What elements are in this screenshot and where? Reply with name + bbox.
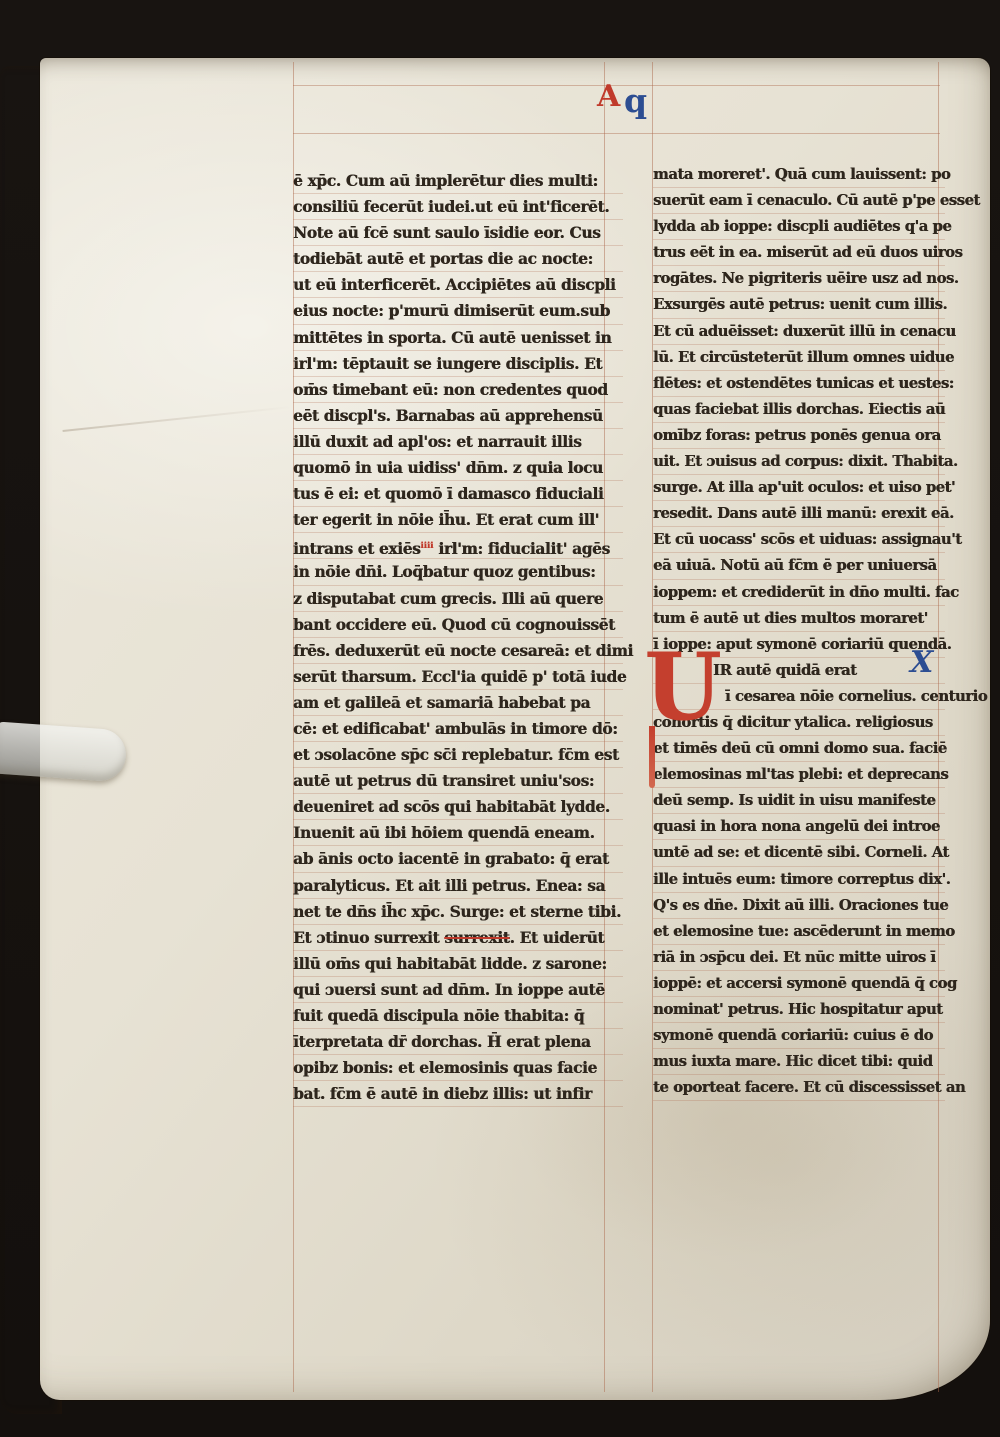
text-column-left: ē xp̄c. Cum aū implerētur dies multi:con…: [293, 168, 623, 1107]
manuscript-text-line: cē: et edificabat' ambulās in timore dō:: [293, 716, 623, 742]
manuscript-text-line: autē ut petrus dū transiret uniu'sos:: [293, 768, 623, 794]
manuscript-text-line: ille intuēs eum: timore correptus dix'.: [653, 867, 945, 893]
manuscript-text-line: Exsurgēs autē petrus: uenit cum illis.: [653, 292, 945, 318]
manuscript-text-line: om̄s timebant eū: non credentes quod: [293, 377, 623, 403]
manuscript-text-line: serūt tharsum. Eccl'ia quidē p' totā iud…: [293, 664, 623, 690]
manuscript-text-line: rogātes. Ne pigriteris uēire usz ad nos.: [653, 266, 945, 292]
manuscript-text-line: lydda ab ioppe: discpli audiētes q'a pe: [653, 214, 945, 240]
manuscript-text-line: omībz foras: petrus ponēs genua ora: [653, 423, 945, 449]
manuscript-text-line: consiliū fecerūt iudei.ut eū int'ficerēt…: [293, 194, 623, 220]
manuscript-text-line: ut eū interficerēt. Accipiētes aū discpl…: [293, 272, 623, 298]
manuscript-text-line: ioppē: et accersi symonē quendā q̄ cog: [653, 971, 945, 997]
text-column-right: mata moreret'. Quā cum lauissent: posuer…: [653, 162, 945, 1101]
manuscript-text-line: deū semp. Is uidit in uisu manifeste: [653, 788, 945, 814]
manuscript-text-line: Et ɔtinuo surrexit surrexit. Et uiderūt: [293, 925, 623, 951]
manuscript-text-line: eēt discpl's. Barnabas aū apprehensū: [293, 403, 623, 429]
manuscript-text-line: fuit quedā discipula nōie thabita: q̄: [293, 1003, 623, 1029]
ruling-horizontal-line: [293, 133, 940, 134]
manuscript-text-line: resedit. Dans autē illi manū: erexit eā.: [653, 501, 945, 527]
manuscript-text-line: Et cū aduēisset: duxerūt illū in cenacu: [653, 319, 945, 345]
manuscript-text-line: ioppem: et crediderūt in dn̄o multi. fac: [653, 580, 945, 606]
manuscript-text-line: ab ānis octo iacentē in grabato: q̄ erat: [293, 846, 623, 872]
manuscript-text-line: todiebāt autē et portas die ac nocte:: [293, 246, 623, 272]
manuscript-text-line: z disputabat cum grecis. Illi aū quere: [293, 586, 623, 612]
manuscript-text-line: eius nocte: p'murū dimiserūt eum.sub: [293, 298, 623, 324]
manuscript-text-line: deueniret ad scōs qui habitabāt lydde.: [293, 794, 623, 820]
manuscript-text-line: te oporteat facere. Et cū discessisset a…: [653, 1075, 945, 1101]
manuscript-text-line: net te dn̄s ih̄c xp̄c. Surge: et sterne …: [293, 899, 623, 925]
rubricated-text: iiii: [420, 541, 433, 551]
manuscript-text-line: Note aū fcē sunt saulo īsidie eor. Cus: [293, 220, 623, 246]
manuscript-text-line: surge. At illa ap'uit oculos: et uiso pe…: [653, 475, 945, 501]
manuscript-text-line: mata moreret'. Quā cum lauissent: po: [653, 162, 945, 188]
manuscript-text-line: flētes: et ostendētes tunicas et uestes:: [653, 371, 945, 397]
manuscript-text-line: trus eēt in ea. miserūt ad eū duos uiros: [653, 240, 945, 266]
manuscript-text-line: illū duxit ad apl'os: et narrauit illis: [293, 429, 623, 455]
manuscript-text-line: tum ē autē ut dies multos moraret': [653, 606, 945, 632]
manuscript-text-line: in nōie dn̄i. Loq̄batur quoz gentibus:: [293, 559, 623, 585]
manuscript-text-line: untē ad se: et dicentē sibi. Corneli. At: [653, 840, 945, 866]
manuscript-text-line: Et cū uocass' scōs et uiduas: assignau't: [653, 527, 945, 553]
manuscript-text-line: nominat' petrus. Hic hospitatur aput: [653, 997, 945, 1023]
manuscript-text-line: riā in ɔsp̄cu dei. Et nūc mitte uiros ī: [653, 945, 945, 971]
manuscript-text-line: quomō in uia uidiss' dn̄m. z quia locu: [293, 455, 623, 481]
running-header-letter-q: q: [624, 84, 647, 117]
manuscript-text-line: uit. Et ɔuisus ad corpus: dixit. Thabita…: [653, 449, 945, 475]
chapter-initial-u: U: [644, 645, 711, 734]
manuscript-text-line: illū om̄s qui habitabāt lidde. z sarone:: [293, 951, 623, 977]
chapter-numeral-x: X: [910, 648, 933, 678]
manuscript-text-line: quasi in hora nona angelū dei introe: [653, 814, 945, 840]
manuscript-text-line: bat. fc̄m ē autē in diebz illis: ut infi…: [293, 1081, 623, 1107]
manuscript-text-line: īterpretata dr̄ dorchas. H̄ erat plena: [293, 1029, 623, 1055]
manuscript-text-line: Inuenit aū ibi hōiem quendā eneam.: [293, 820, 623, 846]
manuscript-text-line: et elemosine tue: ascēderunt in memo: [653, 919, 945, 945]
manuscript-text-line: paralyticus. Et ait illi petrus. Enea: s…: [293, 873, 623, 899]
manuscript-text-line: tus ē ei: et quomō ī damasco fiduciali: [293, 481, 623, 507]
manuscript-text-line: mittētes in sporta. Cū autē uenisset in: [293, 325, 623, 351]
red-strikethrough-word: surrexit: [444, 929, 509, 947]
manuscript-text-line: ē xp̄c. Cum aū implerētur dies multi:: [293, 168, 623, 194]
manuscript-text-line: lū. Et circūsteterūt illum omnes uidue: [653, 345, 945, 371]
manuscript-text-line: eā uiuā. Notū aū fc̄m ē per uniuersā: [653, 553, 945, 579]
manuscript-text-line: irl'm: tēptauit se iungere disciplis. Et: [293, 351, 623, 377]
manuscript-text-line: qui ɔuersi sunt ad dn̄m. In ioppe autē: [293, 977, 623, 1003]
manuscript-text-line: et ɔsolacōne sp̄c sc̄i replebatur. fc̄m …: [293, 742, 623, 768]
initial-flourish: [649, 726, 655, 788]
running-header-letter-a: A: [597, 82, 620, 112]
manuscript-text-line: Q's es dn̄e. Dixit aū illi. Oraciones tu…: [653, 893, 945, 919]
manuscript-text-line: quas faciebat illis dorchas. Eiectis aū: [653, 397, 945, 423]
manuscript-text-line: frēs. deduxerūt eū nocte cesareā: et dim…: [293, 638, 623, 664]
manuscript-text-line: bant occidere eū. Quod cū cognouissēt: [293, 612, 623, 638]
manuscript-text-line: mus iuxta mare. Hic dicet tibi: quid: [653, 1049, 945, 1075]
page-holder-clip: [0, 721, 128, 782]
manuscript-text-line: intrans et exiēsiiii irl'm: fiducialit' …: [293, 533, 623, 559]
manuscript-text-line: symonē quendā coriariū: cuius ē do: [653, 1023, 945, 1049]
manuscript-photo: A q ē xp̄c. Cum aū implerētur dies multi…: [0, 0, 1000, 1437]
manuscript-text-line: elemosinas ml'tas plebi: et deprecans: [653, 762, 945, 788]
manuscript-text-line: ter egerit in nōie ih̄u. Et erat cum ill…: [293, 507, 623, 533]
manuscript-text-line: suerūt eam ī cenaculo. Cū autē p'pe esse…: [653, 188, 945, 214]
manuscript-text-line: am et galileā et samariā habebat pa: [293, 690, 623, 716]
manuscript-text-line: opibz bonis: et elemosinis quas facie: [293, 1055, 623, 1081]
